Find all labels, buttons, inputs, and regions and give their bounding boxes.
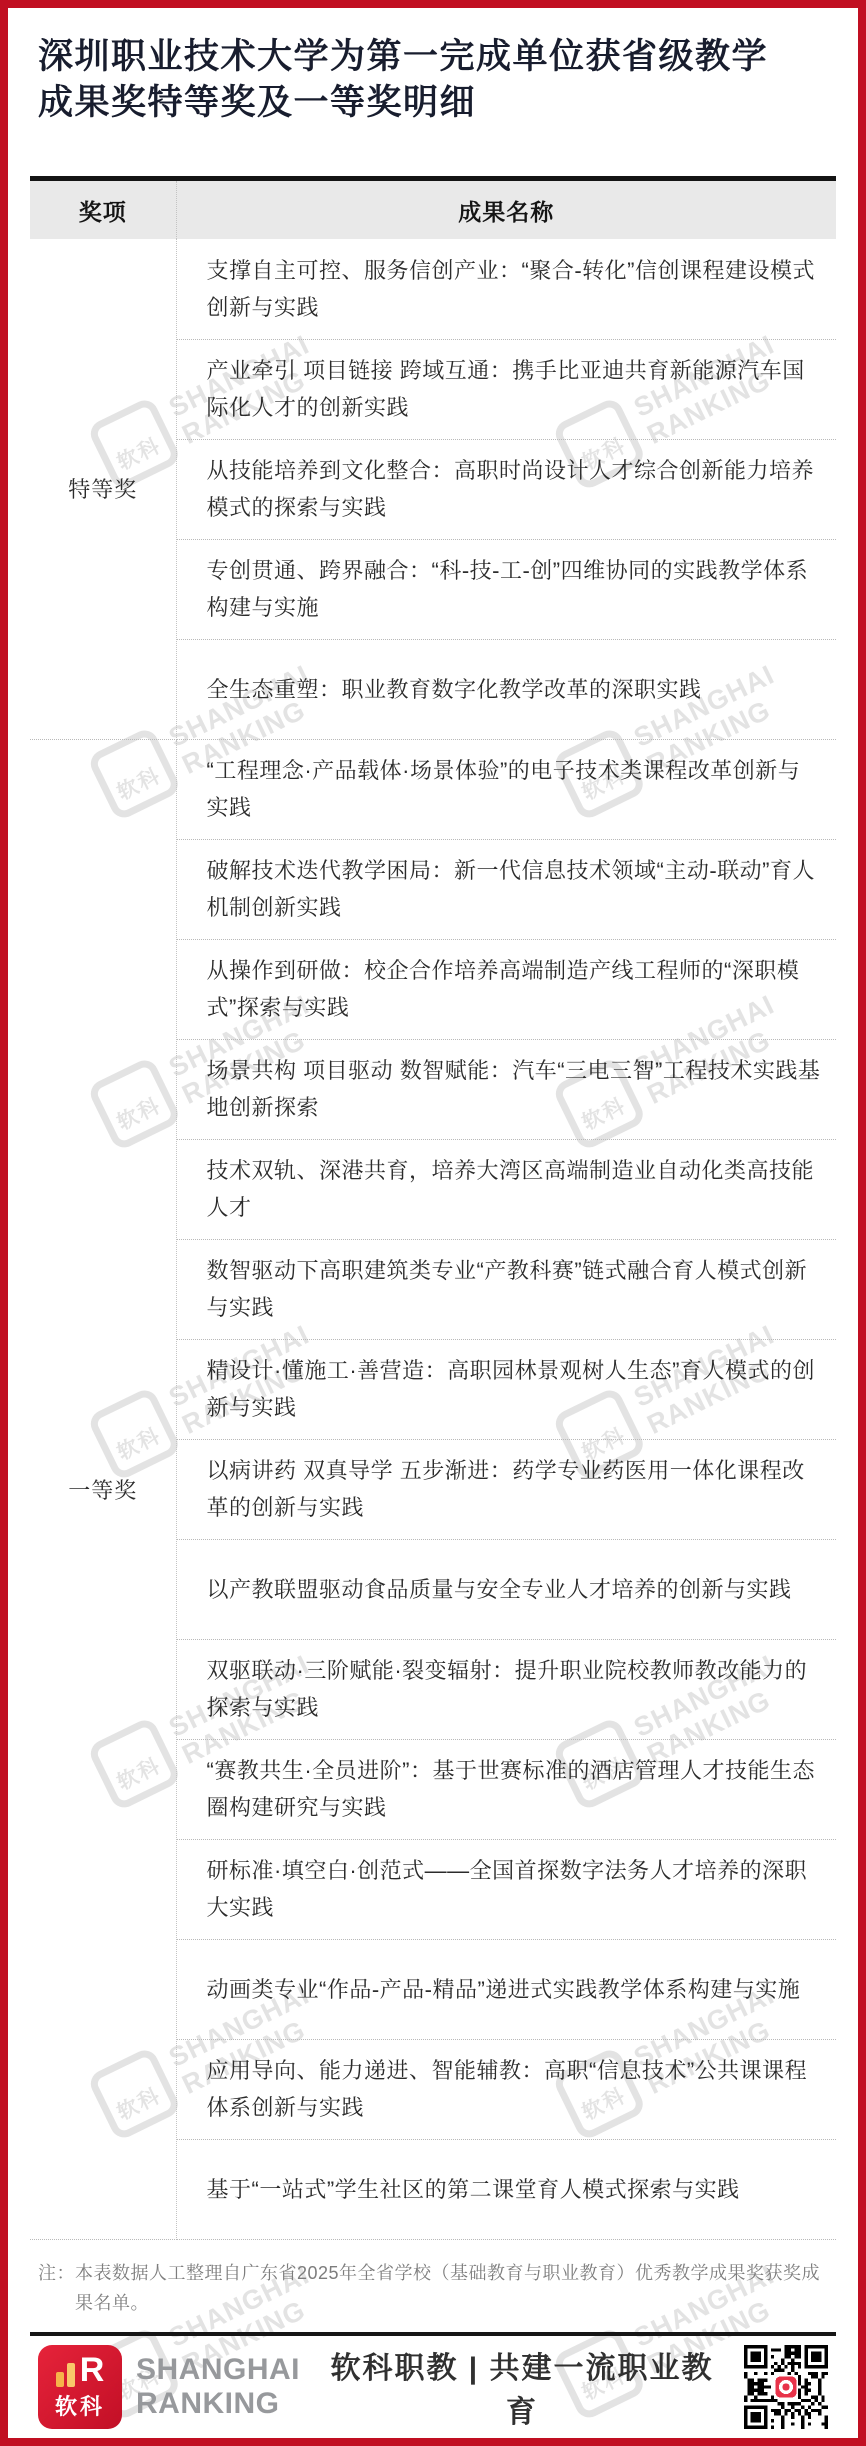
result-name: “赛教共生·全员进阶”：基于世赛标准的酒店管理人才技能生态圈构建研究与实践 <box>176 1739 836 1839</box>
table-header-row: 奖项 成果名称 <box>30 179 836 240</box>
result-name: 动画类专业“作品-产品-精品”递进式实践教学体系构建与实施 <box>176 1939 836 2039</box>
ruanke-logo-icon: R 软科 <box>38 2345 122 2429</box>
table-row: 特等奖支撑自主可控、服务信创产业：“聚合-转化”信创课程建设模式创新与实践 <box>30 239 836 339</box>
awards-table: 奖项 成果名称 特等奖支撑自主可控、服务信创产业：“聚合-转化”信创课程建设模式… <box>30 176 836 2240</box>
footnote-text: 本表数据人工整理自广东省2025年全省学校（基础教育与职业教育）优秀教学成果奖获… <box>75 2258 828 2318</box>
award-group-label: 一等奖 <box>30 739 176 2239</box>
result-name: 产业牵引 项目链接 跨域互通：携手比亚迪共育新能源汽车国际化人才的创新实践 <box>176 339 836 439</box>
column-header-award: 奖项 <box>30 179 176 240</box>
logo-r-glyph: R <box>80 2353 105 2387</box>
result-name: 双驱联动·三阶赋能·裂变辐射：提升职业院校教师教改能力的探索与实践 <box>176 1639 836 1739</box>
page-title-line2: 成果奖特等奖及一等奖明细 <box>38 80 828 126</box>
table-row: 一等奖“工程理念·产品载体·场景体验”的电子技术类课程改革创新与实践 <box>30 739 836 839</box>
brand-line2: RANKING <box>136 2387 300 2421</box>
result-name: 场景共构 项目驱动 数智赋能：汽车“三电三智”工程技术实践基地创新探索 <box>176 1039 836 1139</box>
result-name: 研标准·填空白·创范式——全国首探数字法务人才培养的深职大实践 <box>176 1839 836 1939</box>
result-name: 以病讲药 双真导学 五步渐进：药学专业药医用一体化课程改革的创新与实践 <box>176 1439 836 1539</box>
result-name: 技术双轨、深港共育，培养大湾区高端制造业自动化类高技能人才 <box>176 1139 836 1239</box>
result-name: “工程理念·产品载体·场景体验”的电子技术类课程改革创新与实践 <box>176 739 836 839</box>
column-header-result: 成果名称 <box>176 179 836 240</box>
result-name: 基于“一站式”学生社区的第二课堂育人模式探索与实践 <box>176 2139 836 2239</box>
footnote-label: 注： <box>38 2258 75 2318</box>
brand-wordmark: SHANGHAI RANKING <box>136 2353 300 2420</box>
footer-slogan: 软科职教 | 共建一流职业教育 <box>316 2343 728 2431</box>
bar-chart-icon: R <box>56 2353 105 2387</box>
content: 深圳职业技术大学为第一完成单位获省级教学 成果奖特等奖及一等奖明细 奖项 成果名… <box>8 8 858 2438</box>
result-name: 破解技术迭代教学困局：新一代信息技术领域“主动-联动”育人机制创新实践 <box>176 839 836 939</box>
result-name: 数智驱动下高职建筑类专业“产教科赛”链式融合育人模式创新与实践 <box>176 1239 836 1339</box>
result-name: 以产教联盟驱动食品质量与安全专业人才培养的创新与实践 <box>176 1539 836 1639</box>
result-name: 精设计·懂施工·善营造：高职园林景观树人生态”育人模式的创新与实践 <box>176 1339 836 1439</box>
result-name: 从操作到研做：校企合作培养高端制造产线工程师的“深职模式”探索与实践 <box>176 939 836 1039</box>
brand-line1: SHANGHAI <box>136 2353 300 2387</box>
result-name: 从技能培养到文化整合：高职时尚设计人才综合创新能力培养模式的探索与实践 <box>176 439 836 539</box>
footer: R 软科 SHANGHAI RANKING 软科职教 | 共建一流职业教育 <box>30 2336 836 2439</box>
result-name: 专创贯通、跨界融合：“科-技-工-创”四维协同的实践教学体系构建与实施 <box>176 539 836 639</box>
result-name: 支撑自主可控、服务信创产业：“聚合-转化”信创课程建设模式创新与实践 <box>176 239 836 339</box>
shanghairanking-brand: R 软科 SHANGHAI RANKING <box>38 2345 300 2429</box>
result-name: 全生态重塑：职业教育数字化教学改革的深职实践 <box>176 639 836 739</box>
page-title-line1: 深圳职业技术大学为第一完成单位获省级教学 <box>38 34 828 80</box>
infographic-page: 软科SHANGHAIRANKING软科SHANGHAIRANKING软科SHAN… <box>0 0 866 2446</box>
page-title: 深圳职业技术大学为第一完成单位获省级教学 成果奖特等奖及一等奖明细 <box>38 34 828 126</box>
qr-code <box>744 2345 828 2429</box>
award-group-label: 特等奖 <box>30 239 176 739</box>
logo-cn-text: 软科 <box>55 2390 105 2421</box>
result-name: 应用导向、能力递进、智能辅教：高职“信息技术”公共课课程体系创新与实践 <box>176 2039 836 2139</box>
footnote: 注： 本表数据人工整理自广东省2025年全省学校（基础教育与职业教育）优秀教学成… <box>30 2240 836 2332</box>
